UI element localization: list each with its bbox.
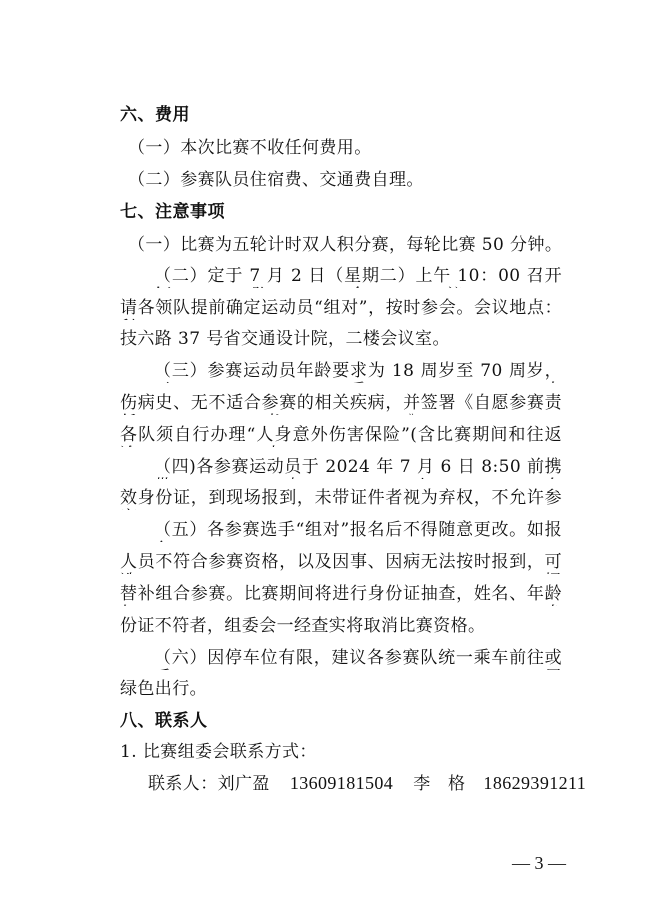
contacts-subheading: 1. 比赛组委会联系方式：: [120, 742, 317, 762]
notes-item-5-line-2: 人员不符合参赛资格，以及因事、因病无法按时报到，可选择: [120, 552, 562, 574]
notes-item-6-line-2: 绿色出行。: [120, 679, 207, 699]
fees-item-2: （二）参赛队员住宿费、交通费自理。: [128, 170, 424, 190]
contact-phone-1: 13609181504: [290, 773, 393, 793]
contact-name-2: 李 格: [413, 774, 465, 794]
page-number: — 3 —: [512, 852, 566, 874]
section-heading-contacts: 八、联系人: [120, 711, 208, 731]
contact-label: 联系人：: [148, 774, 218, 794]
notes-item-3-line-2: 伤病史、无不适合参赛的相关疾病，并签署《自愿参赛责任书》。: [120, 393, 562, 415]
notes-item-5-line-3: 替补组合参赛。比赛期间将进行身份证抽查，姓名、年龄与身: [120, 584, 562, 606]
contact-phone-2: 18629391211: [483, 773, 586, 793]
notes-item-4-line-1: （四)各参赛运动员于 2024 年 7 月 6 日 8:50 前携带本人有: [154, 457, 562, 479]
notes-item-6-line-1: （六）因停车位有限，建议各参赛队统一乘车前往或采用: [154, 648, 562, 670]
section-heading-notes: 七、注意事项: [120, 202, 225, 222]
notes-item-2-line-1: （二）定于 7 月 2 日（星期二）上午 10：00 召开领队会议，: [154, 266, 562, 288]
notes-item-2-line-2: 请各领队提前确定运动员“组对”，按时参会。会议地点：科: [120, 298, 562, 320]
notes-item-3-line-3: 各队须自行办理“人身意外伤害保险”(含比赛期间和往返途中)。: [120, 425, 562, 447]
fees-item-1: （一）本次比赛不收任何费用。: [128, 138, 372, 158]
document-page: 六、费用 （一）本次比赛不收任何费用。 （二）参赛队员住宿费、交通费自理。 七、…: [0, 0, 650, 919]
contact-line: 联系人：刘广盈13609181504李 格18629391211: [148, 773, 586, 794]
notes-item-3-line-1: （三）参赛运动员年龄要求为 18 周岁至 70 周岁，无重大: [154, 361, 562, 383]
notes-item-4-line-2: 效身份证，到现场报到，未带证件者视为弃权，不允许参赛。: [120, 488, 562, 510]
section-heading-fees: 六、费用: [120, 105, 190, 125]
contact-name-1: 刘广盈: [218, 774, 270, 794]
notes-item-2-line-3: 技六路 37 号省交通设计院，二楼会议室。: [120, 329, 450, 349]
notes-item-5-line-4: 份证不符者，组委会一经查实将取消比赛资格。: [120, 616, 485, 636]
notes-item-1-line-1: （一）比赛为五轮计时双人积分赛，每轮比赛 50 分钟。: [128, 235, 562, 255]
notes-item-5-line-1: （五）各参赛选手“组对”报名后不得随意更改。如报名: [154, 520, 562, 542]
